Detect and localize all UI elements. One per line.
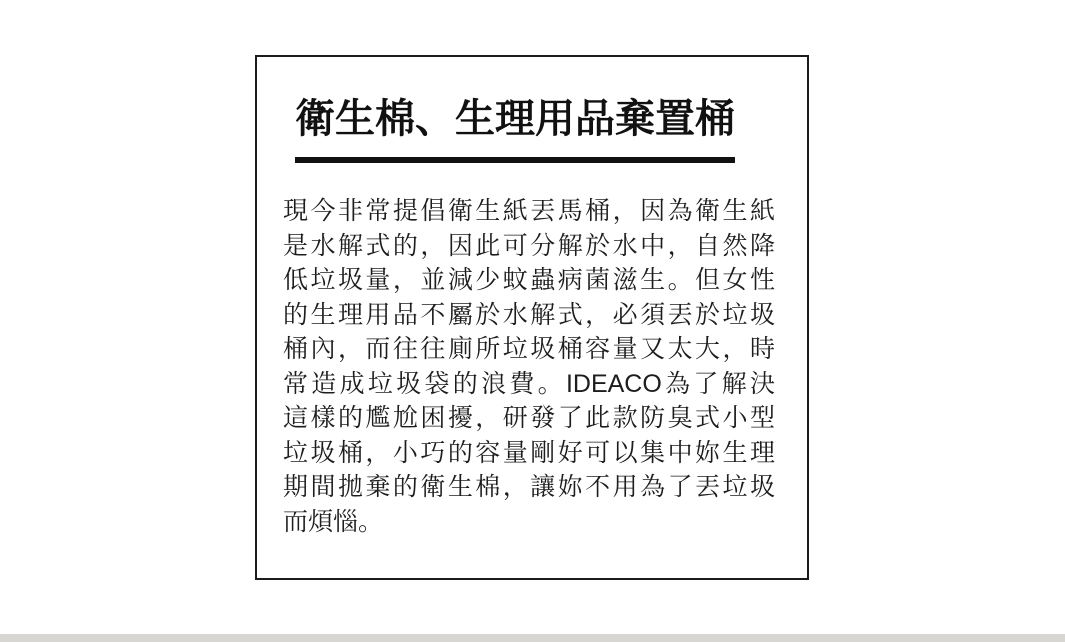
body-line: 桶內，而往往廁所垃圾桶容量又太大，時: [283, 332, 775, 367]
article-body: 現今非常提倡衛生紙丟馬桶，因為衛生紙 是水解式的，因此可分解於水中，自然降 低垃…: [283, 194, 775, 539]
body-line: 是水解式的，因此可分解於水中，自然降: [283, 229, 775, 264]
product-description-card: 衛生棉、生理用品棄置桶 現今非常提倡衛生紙丟馬桶，因為衛生紙 是水解式的，因此可…: [255, 55, 809, 580]
article-title: 衛生棉、生理用品棄置桶: [295, 98, 735, 163]
body-line: 的生理用品不屬於水解式，必須丟於垃圾: [283, 298, 775, 333]
body-line: 現今非常提倡衛生紙丟馬桶，因為衛生紙: [283, 194, 775, 229]
body-line: 而煩惱。: [283, 505, 775, 540]
page-background: 衛生棉、生理用品棄置桶 現今非常提倡衛生紙丟馬桶，因為衛生紙 是水解式的，因此可…: [0, 0, 1065, 642]
body-line: 垃圾桶，小巧的容量剛好可以集中妳生理: [283, 436, 775, 471]
body-line: 期間拋棄的衛生棉，讓妳不用為了丟垃圾: [283, 470, 775, 505]
bottom-edge-strip: [0, 634, 1065, 642]
body-line: 常造成垃圾袋的浪費。IDEACO為了解決: [283, 367, 775, 402]
body-line: 這樣的尷尬困擾，研發了此款防臭式小型: [283, 401, 775, 436]
body-line: 低垃圾量，並減少蚊蟲病菌滋生。但女性: [283, 263, 775, 298]
